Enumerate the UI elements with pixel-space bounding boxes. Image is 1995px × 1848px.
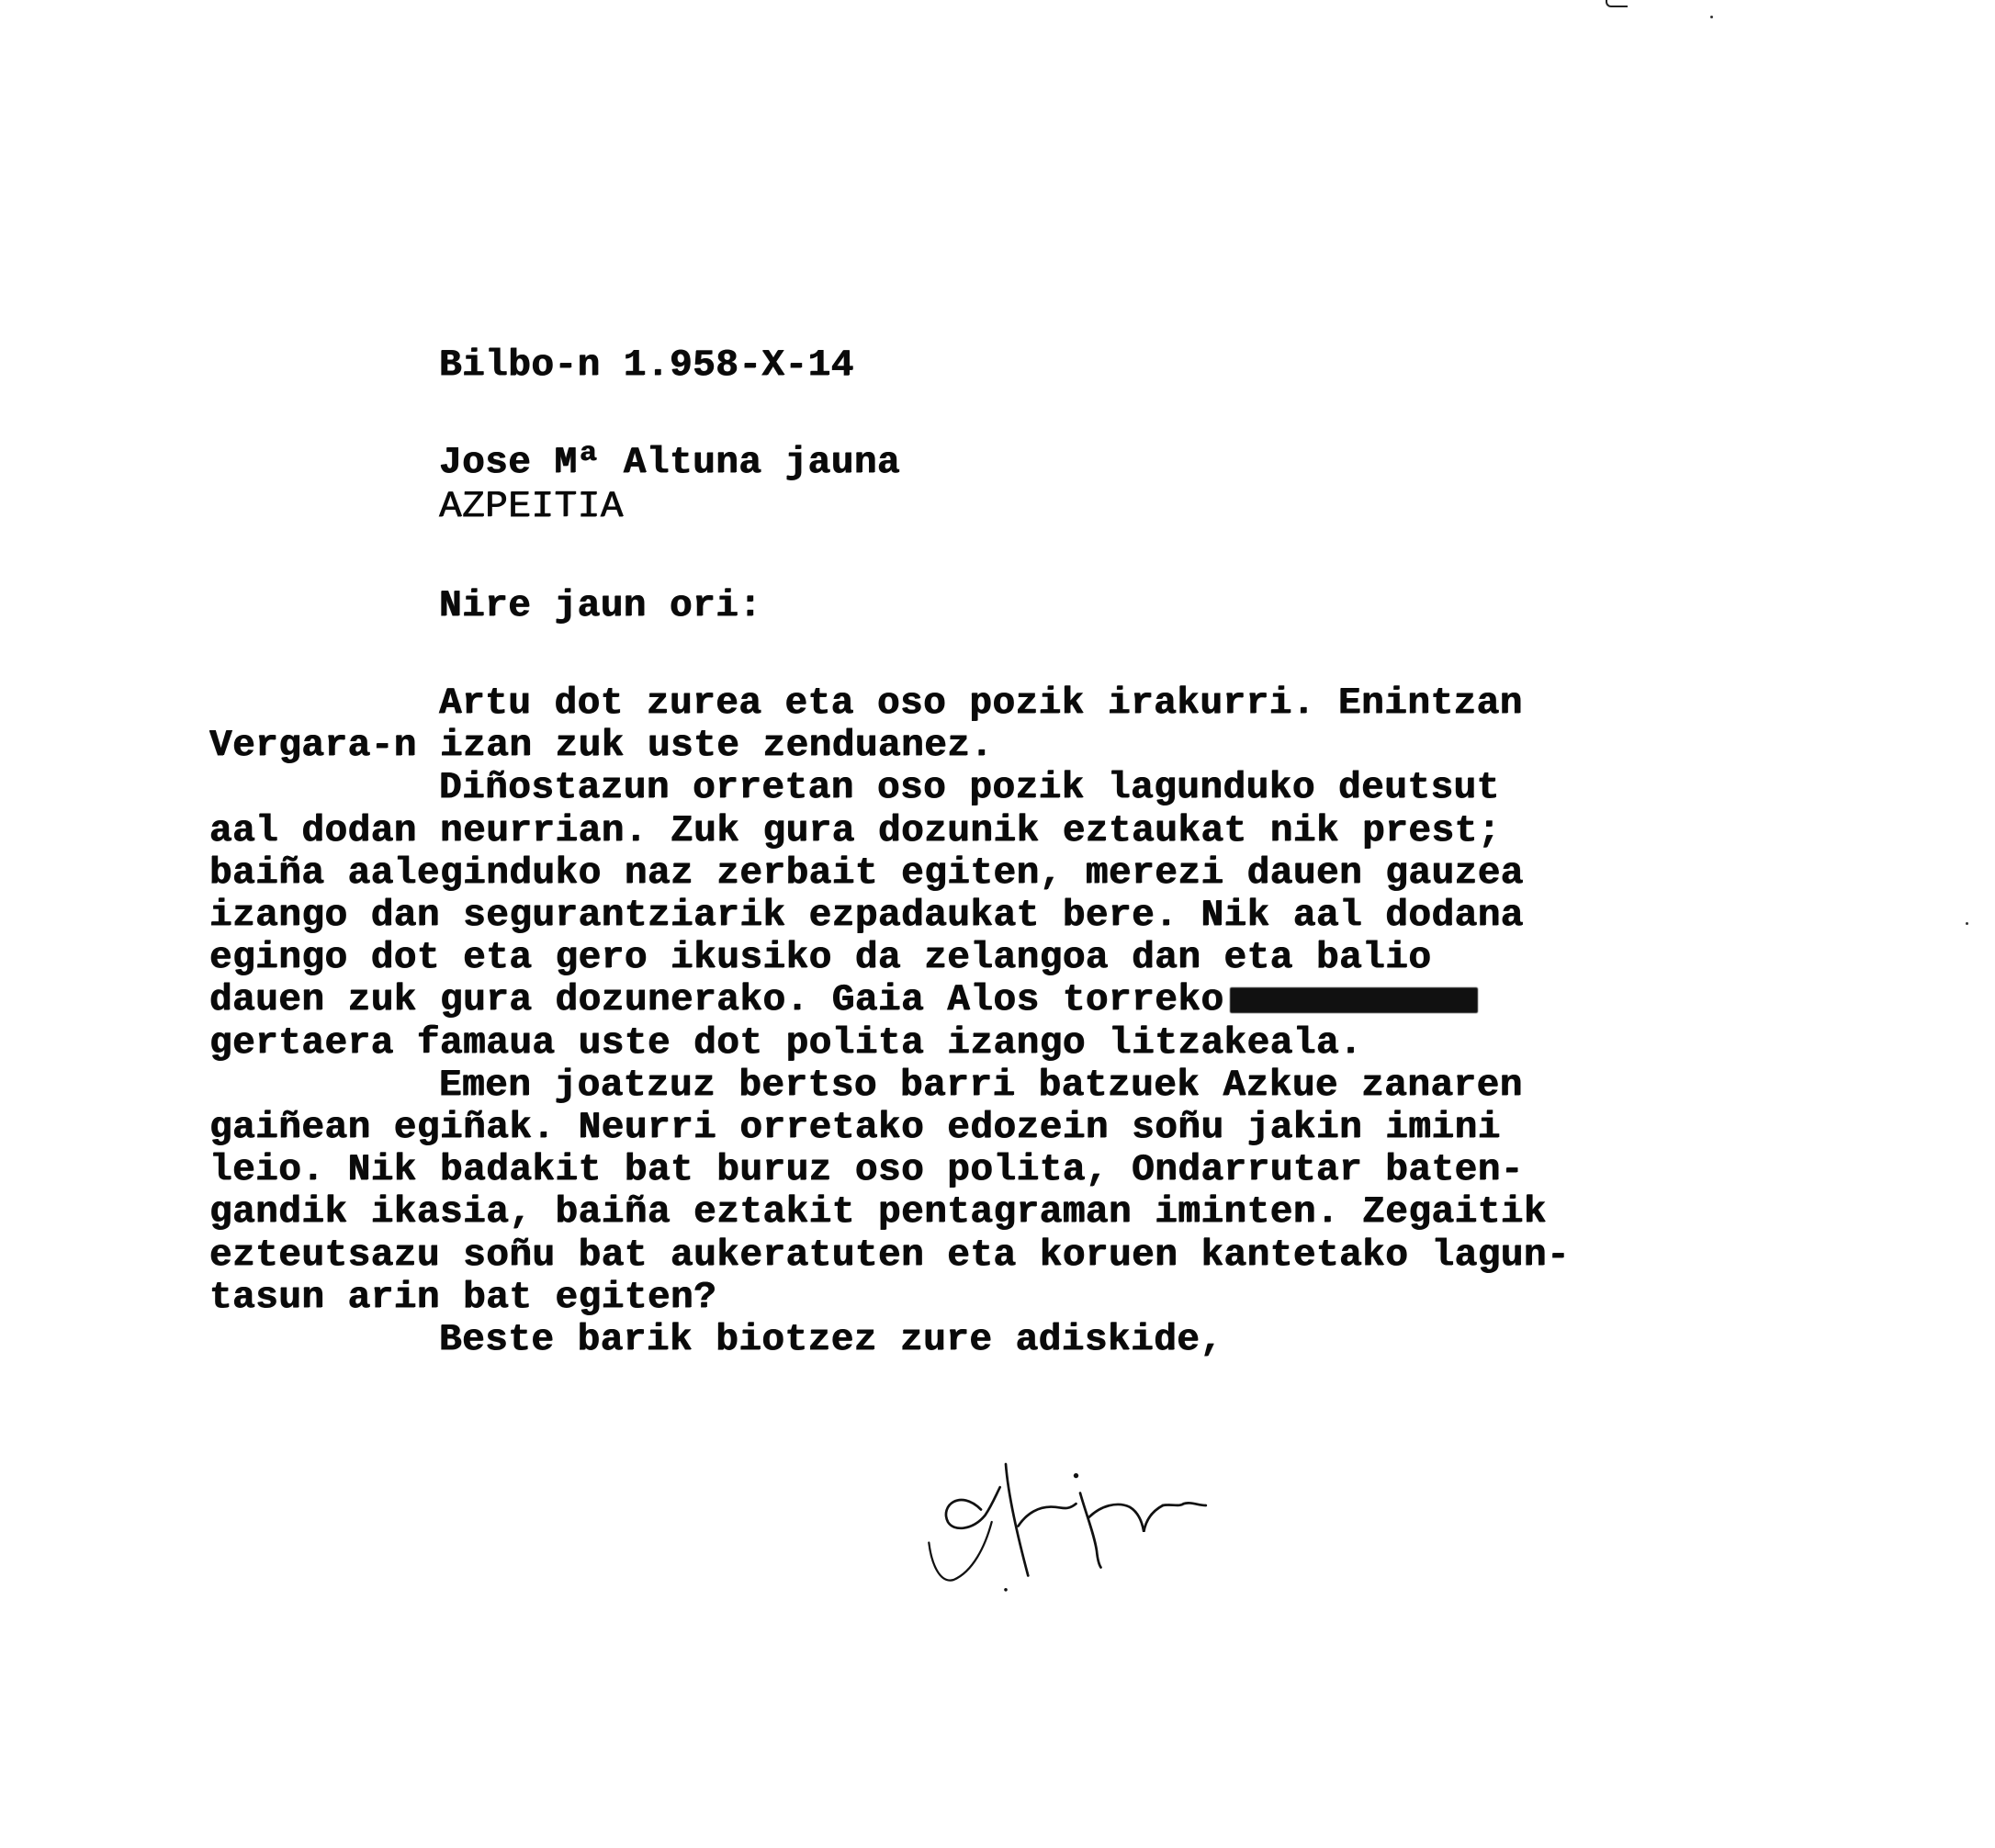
body-line: ezteutsazu soñu bat aukeratuten eta koru… — [209, 1237, 1570, 1275]
body-line: gaiñean egiñak. Neurri orretako edozein … — [209, 1110, 1501, 1147]
recipient-name: Jose Mª Altuna jauna — [439, 445, 900, 482]
signature-icon — [896, 1456, 1281, 1621]
body-line: gertaera famaua uste dot polita izango l… — [209, 1025, 1362, 1063]
body-line: leio. Nik badakit bat buruz oso polita, … — [209, 1152, 1524, 1189]
body-line: izango dan segurantziarik ezpadaukat ber… — [209, 897, 1524, 935]
body-line: tasun arin bat egiten? — [209, 1279, 716, 1317]
redaction-block — [1230, 987, 1478, 1013]
body-line: Artu dot zurea eta oso pozik irakurri. E… — [439, 685, 1523, 723]
salutation: Nire jaun ori: — [439, 588, 761, 625]
ink-speck — [1966, 922, 1968, 925]
body-line: egingo dot eta gero ikusiko da zelangoa … — [209, 940, 1432, 977]
body-line: baiña aaleginduko naz zerbait egiten, me… — [209, 855, 1524, 893]
ink-mark — [1606, 0, 1628, 7]
closing: Beste barik biotzez zure adiskide, — [439, 1322, 1223, 1359]
body-line: Vergara-n izan zuk uste zenduanez. — [209, 727, 994, 765]
body-line: Emen joatzuz bertso barri batzuek Azkue … — [439, 1067, 1523, 1105]
ink-speck — [1710, 16, 1713, 18]
body-line: dauen zuk gura dozunerako. Gaia Alos tor… — [209, 982, 1478, 1020]
body-line: Diñostazun orretan oso pozik lagunduko d… — [439, 770, 1500, 807]
place-date: Bilbo-n 1.958-X-14 — [439, 347, 854, 385]
letter-page: Bilbo-n 1.958-X-14 Jose Mª Altuna jauna … — [0, 0, 1995, 1848]
body-line: aal dodan neurrian. Zuk gura dozunik ezt… — [209, 813, 1501, 851]
recipient-city: AZPEITIA — [439, 489, 624, 526]
body-line: gandik ikasia, baiña eztakit pentagraman… — [209, 1194, 1547, 1232]
